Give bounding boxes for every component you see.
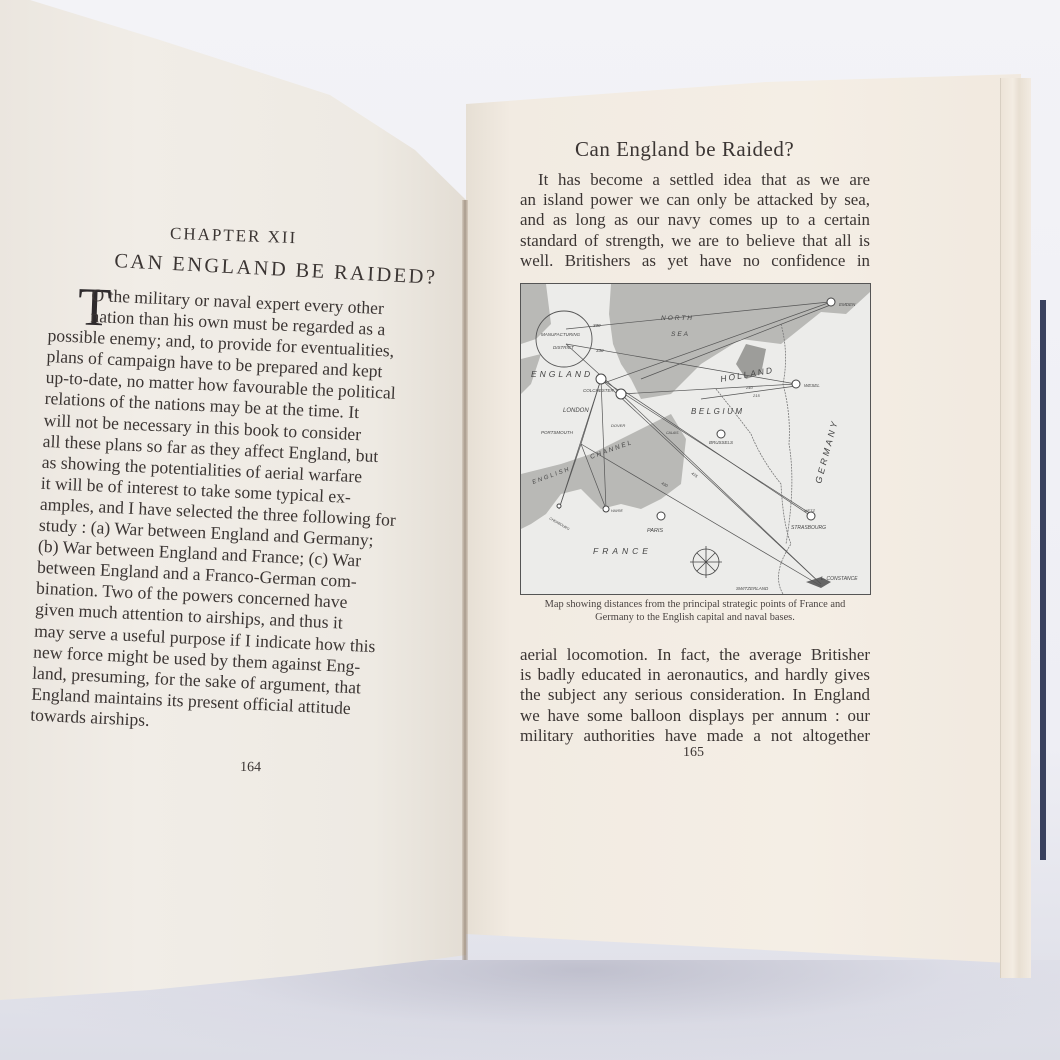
- text-line: standard of strength, we are to believe …: [520, 231, 870, 251]
- svg-text:BELGIUM: BELGIUM: [691, 407, 745, 416]
- svg-text:CALAIS: CALAIS: [666, 431, 679, 435]
- svg-text:LONDON: LONDON: [563, 408, 589, 414]
- text-line: is badly educated in aeronautics, and ha…: [520, 665, 870, 685]
- text-line: an island power we can only be attacked …: [520, 190, 870, 210]
- svg-text:330: 330: [593, 323, 601, 328]
- page-number-right: 165: [683, 745, 704, 761]
- svg-text:PORTSMOUTH: PORTSMOUTH: [541, 430, 574, 435]
- svg-text:415: 415: [690, 471, 699, 479]
- svg-text:NORTH: NORTH: [661, 315, 694, 322]
- page-number-left: 164: [240, 760, 261, 776]
- svg-text:L. CONSTANCE: L. CONSTANCE: [821, 576, 858, 582]
- text-line: and as long as our navy comes up to a ce…: [520, 210, 870, 230]
- strategic-distance-map: NORTH SEA ENGLAND HOLLAND BELGIUM GERMAN…: [520, 283, 871, 595]
- right-body-text-bottom: aerial locomotion. In fact, the average …: [520, 645, 870, 746]
- compass-rose-icon: [690, 546, 722, 578]
- right-body-text-top: It has become a settled idea that as we …: [520, 170, 870, 271]
- page-fore-edge: [1000, 78, 1031, 978]
- caption-line: Germany to the English capital and naval…: [520, 611, 870, 624]
- svg-text:CHERBOURG: CHERBOURG: [549, 516, 571, 531]
- svg-text:PARIS: PARIS: [647, 528, 663, 534]
- text-line: the subject any serious consideration. I…: [520, 685, 870, 705]
- svg-text:BRUSSELS: BRUSSELS: [709, 440, 733, 445]
- svg-text:MANUFACTURING: MANUFACTURING: [541, 332, 581, 337]
- left-body-text: O the military or naval expert every oth…: [30, 283, 445, 743]
- svg-text:DISTRICT: DISTRICT: [553, 345, 575, 350]
- svg-text:GERMANY: GERMANY: [813, 418, 840, 485]
- svg-text:330: 330: [596, 348, 604, 353]
- svg-text:SWITZERLAND: SWITZERLAND: [736, 586, 769, 591]
- svg-text:HAVRE: HAVRE: [611, 509, 624, 513]
- svg-text:DOVER: DOVER: [611, 423, 625, 428]
- book-cover-edge: [1040, 300, 1046, 860]
- svg-text:EMDEN: EMDEN: [839, 302, 856, 307]
- running-head: Can England be Raided?: [575, 137, 794, 162]
- svg-text:STRASBOURG: STRASBOURG: [791, 525, 826, 531]
- text-line: military authorities have made a not alt…: [520, 726, 870, 746]
- text-line: It has become a settled idea that as we …: [520, 170, 870, 190]
- svg-text:215: 215: [752, 393, 760, 398]
- book-gutter: [462, 200, 468, 960]
- text-line: aerial locomotion. In fact, the average …: [520, 645, 870, 665]
- svg-text:WESEL: WESEL: [804, 383, 820, 388]
- svg-text:FRANCE: FRANCE: [593, 546, 652, 556]
- svg-text:COLCHESTER: COLCHESTER: [583, 388, 615, 393]
- svg-text:METZ: METZ: [804, 508, 815, 513]
- text-line: we have some balloon displays per annum …: [520, 706, 870, 726]
- svg-text:SEA: SEA: [671, 331, 690, 338]
- caption-line: Map showing distances from the principal…: [520, 598, 870, 611]
- text-line: well. Britishers as yet have no confiden…: [520, 251, 870, 271]
- svg-text:240: 240: [745, 385, 753, 390]
- map-caption: Map showing distances from the principal…: [520, 598, 870, 624]
- svg-text:ENGLAND: ENGLAND: [531, 369, 593, 379]
